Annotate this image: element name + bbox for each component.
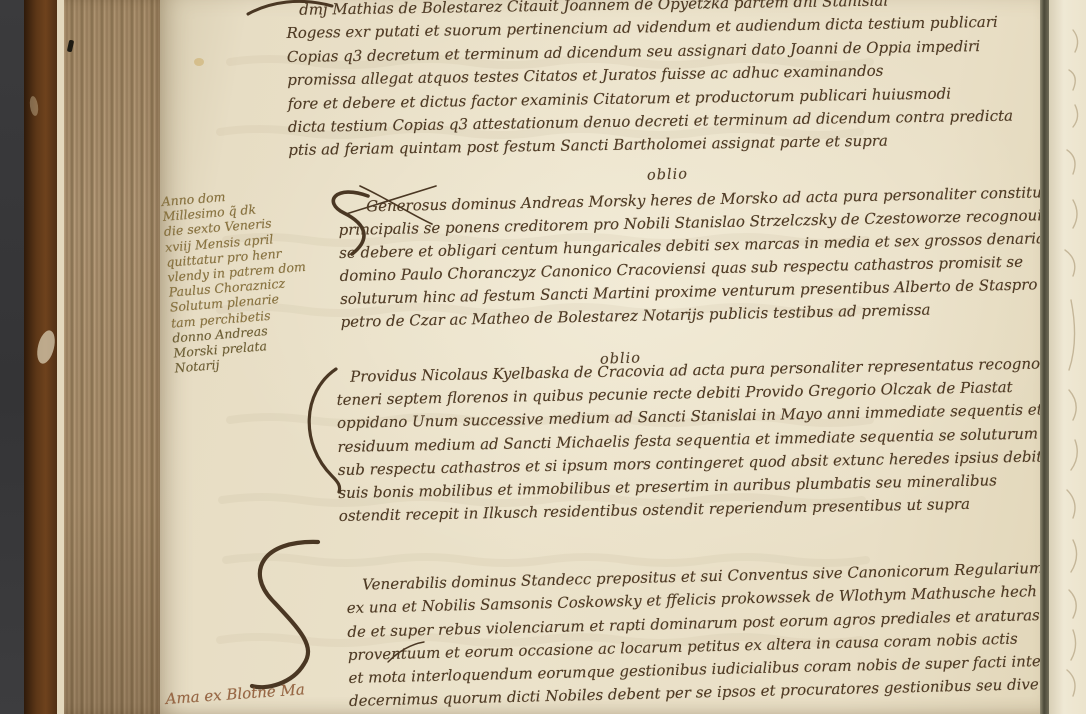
facing-page-ghost-script xyxy=(1049,0,1086,714)
register-entry-1: dmj Mathias de Bolestarez Citauit Joanne… xyxy=(286,0,1040,165)
manuscript-page: dmj Mathias de Bolestarez Citauit Joanne… xyxy=(160,0,1040,714)
entry4-initial-flourish xyxy=(252,542,318,687)
margin-note-bottom: Ama ex Blotne Ma xyxy=(165,680,305,708)
page-edge-stack xyxy=(64,0,166,714)
entry3-initial-flourish xyxy=(309,369,339,492)
register-entry-2: Generosus dominus Andreas Morsky heres d… xyxy=(338,183,1040,336)
margin-note-dating: Anno dom Millesimo q̃ dk die sexto Vener… xyxy=(161,179,360,375)
parchment-stain xyxy=(194,58,204,66)
manuscript-scan: dmj Mathias de Bolestarez Citauit Joanne… xyxy=(0,0,1086,714)
register-entry-4: Venerabilis dominus Standecc prepositus … xyxy=(346,559,1040,714)
page-gutter-gap xyxy=(1040,0,1049,714)
facing-page-edge xyxy=(1049,0,1086,714)
obligatio-mark: oblio xyxy=(647,166,689,183)
register-entry-3: Providus Nicolaus Kyelbaska de Cracovia … xyxy=(336,354,1040,530)
